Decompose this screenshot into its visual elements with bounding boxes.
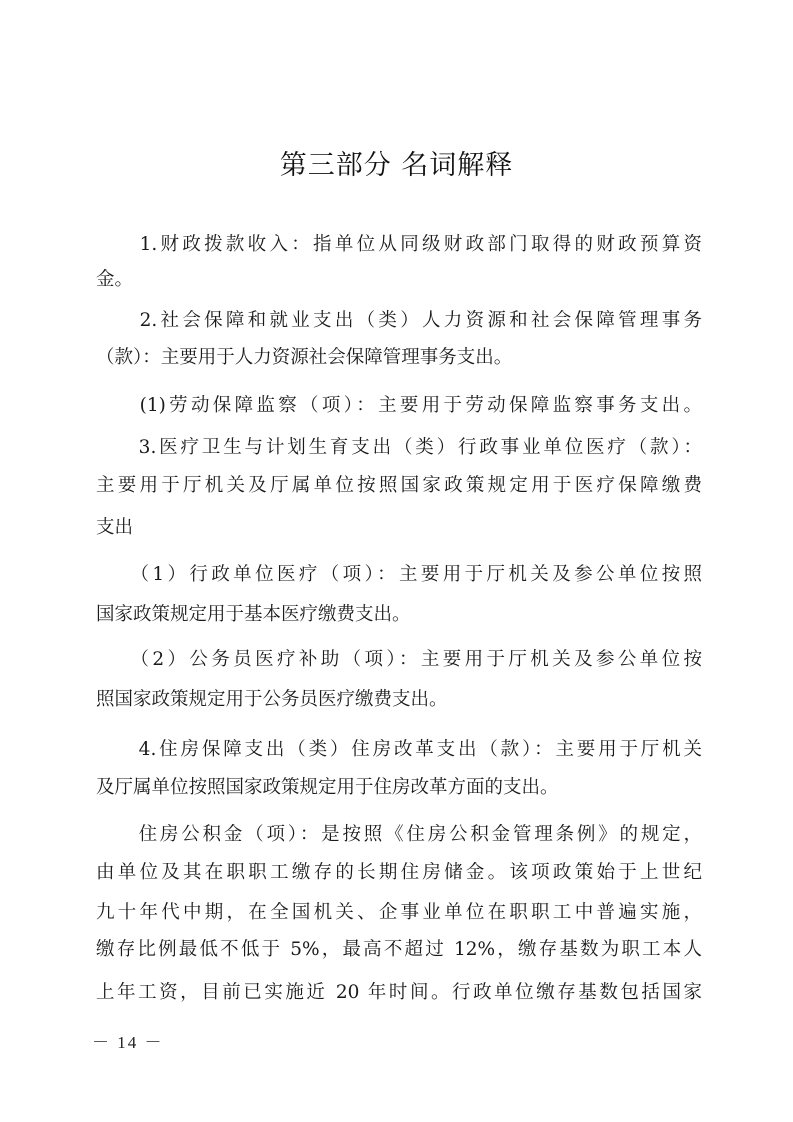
paragraph-line: 及厅属单位按照国家政策规定用于住房改革方面的支出。 <box>96 776 702 800</box>
page-number: － 14 － <box>92 1028 164 1053</box>
paragraph-line: 4.住房保障支出（类）住房改革支出（款）：主要用于厅机关 <box>96 738 702 762</box>
paragraph-line: (1)劳动保障监察（项）：主要用于劳动保障监察事务支出。 <box>96 394 702 418</box>
paragraph-line: 照国家政策规定用于公务员医疗缴费支出。 <box>96 688 702 712</box>
paragraph-line: （1）行政单位医疗（项）：主要用于厅机关及参公单位按照 <box>96 563 702 587</box>
paragraph-line: 1.财政拨款收入：指单位从同级财政部门取得的财政预算资 <box>96 233 702 257</box>
paragraph-line: 住房公积金（项）：是按照《住房公积金管理条例》的规定， <box>96 823 702 847</box>
paragraph-line: 支出 <box>96 516 702 540</box>
paragraph-line: 金。 <box>96 268 702 292</box>
paragraph-line: 2.社会保障和就业支出（类）人力资源和社会保障管理事务 <box>96 309 702 333</box>
document-page: 第三部分 名词解释 1.财政拨款收入：指单位从同级财政部门取得的财政预算资金。 … <box>0 0 793 1122</box>
paragraph-line: （款）：主要用于人力资源社会保障管理事务支出。 <box>96 346 702 370</box>
paragraph-line: （2）公务员医疗补助（项）：主要用于厅机关及参公单位按 <box>96 648 702 672</box>
paragraph-line: 国家政策规定用于基本医疗缴费支出。 <box>96 603 702 627</box>
paragraph-line: 由单位及其在职职工缴存的长期住房储金。该项政策始于上世纪 <box>96 861 702 885</box>
paragraph-line: 3.医疗卫生与计划生育支出（类）行政事业单位医疗（款）： <box>96 436 702 460</box>
paragraph-line: 主要用于厅机关及厅属单位按照国家政策规定用于医疗保障缴费 <box>96 474 702 498</box>
page-title: 第三部分 名词解释 <box>0 143 793 182</box>
paragraph-line: 上年工资，目前已实施近 20 年时间。行政单位缴存基数包括国家 <box>96 981 702 1005</box>
paragraph-line: 九十年代中期，在全国机关、企事业单位在职职工中普遍实施， <box>96 901 702 925</box>
paragraph-line: 缴存比例最低不低于 5%，最高不超过 12%，缴存基数为职工本人 <box>96 938 702 962</box>
